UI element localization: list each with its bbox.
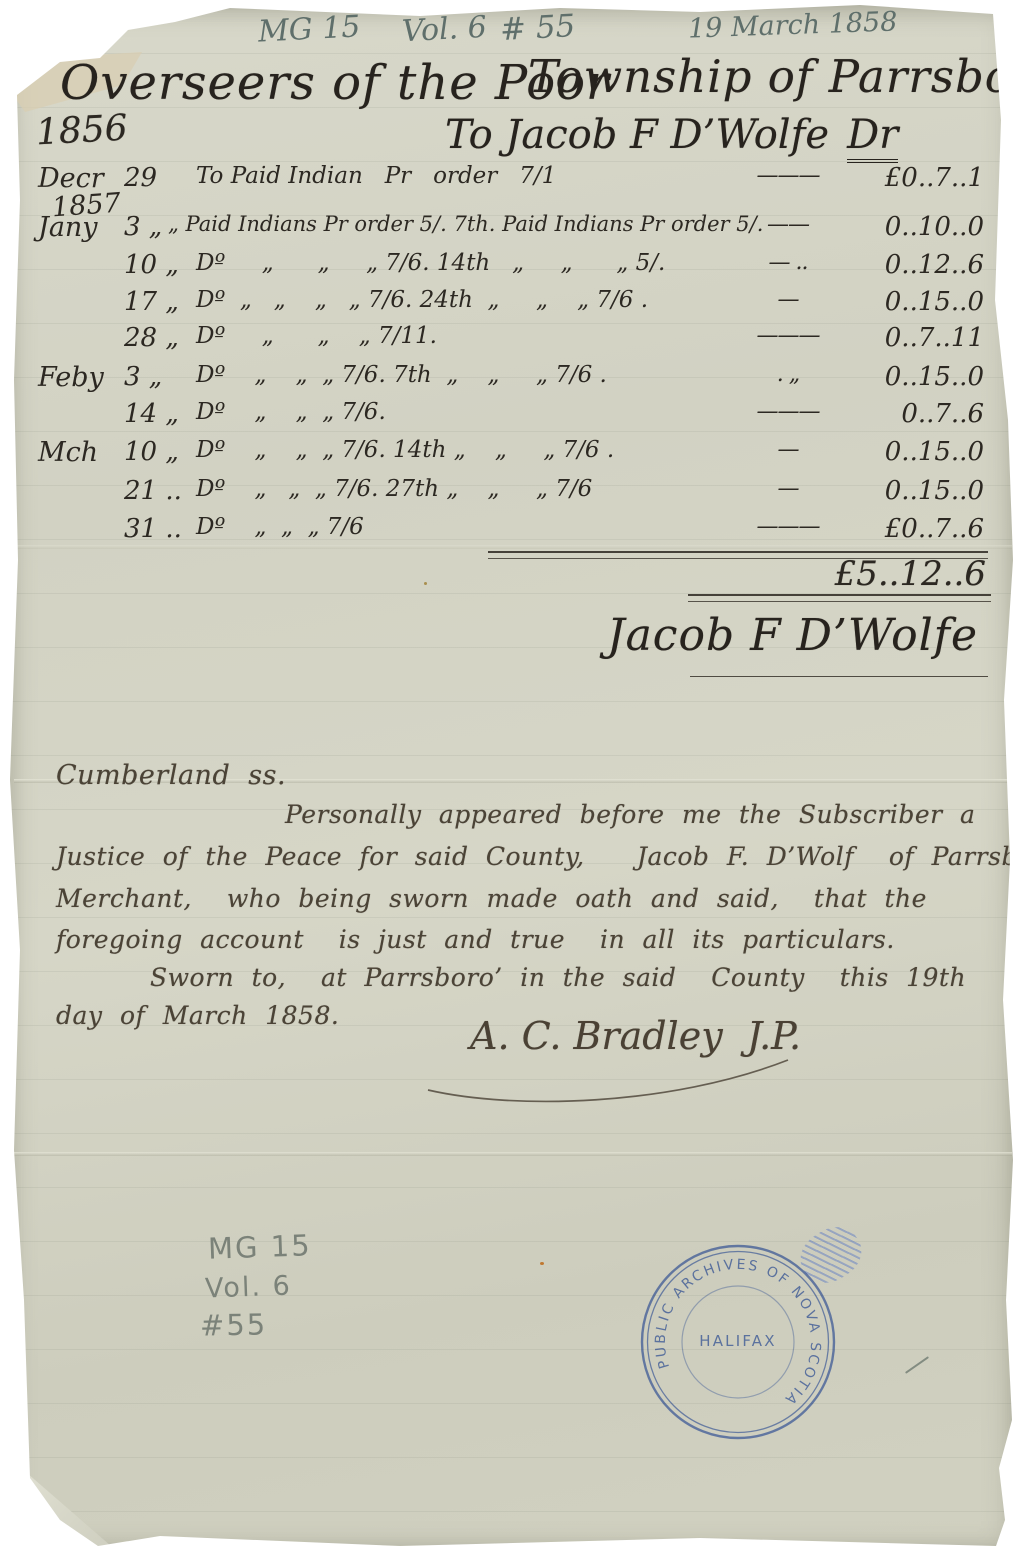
stray-pencil-mark	[905, 1356, 929, 1374]
row-amount: 0..15..0	[819, 476, 984, 506]
sworn-statement-line: Sworn to, at Parrsboro’ in the said Coun…	[150, 963, 966, 992]
account-row: 10 „ Dº „ „ „ 7/6. 14th „ „ „ 5/. — .. 0…	[0, 250, 1026, 288]
document-title-right: Township of Parrsboro	[528, 50, 1026, 103]
affidavit-line: foregoing account is just and true in al…	[56, 925, 895, 954]
scan-background: MG 15 Vol. 6 # 55 19 March 1858 Overseer…	[0, 0, 1026, 1559]
row-amount: 0..15..0	[819, 437, 984, 467]
row-day: 14 „	[124, 399, 179, 429]
affidavit-line: Justice of the Peace for said County, Ja…	[56, 842, 1026, 871]
affidavit-heading: Cumberland ss.	[56, 760, 286, 791]
row-day: 3 „	[124, 362, 162, 392]
row-amount: 0..10..0	[819, 212, 984, 242]
account-row: 17 „ Dº „ „ „ „ 7/6. 24th „ „ „ 7/6 . — …	[0, 287, 1026, 325]
pencil-mg-label: MG 15	[257, 9, 361, 49]
crease-line	[14, 1152, 1012, 1156]
row-day: 21 ..	[124, 476, 182, 506]
affidavit-line: Personally appeared before me the Subscr…	[285, 800, 975, 829]
account-row: 31 .. Dº „ „ „ 7/6 ——— £0..7..6	[0, 514, 1026, 552]
signature-flourish	[420, 1050, 800, 1112]
sworn-statement-line: day of March 1858.	[56, 1001, 339, 1030]
row-month: Mch	[38, 437, 98, 468]
row-amount: £0..7..6	[819, 514, 984, 544]
archive-ref-vol: Vol. 6	[204, 1270, 292, 1304]
debtor-name: To Jacob F D’Wolfe	[445, 112, 829, 158]
signature-underline	[690, 676, 988, 677]
account-row: Jany 3 „ „ Paid Indians Pr order 5/. 7th…	[0, 212, 1026, 250]
row-description: Dº „ „ „ 7/6. 14th „ „ „ 5/.	[196, 250, 665, 276]
row-day: 3 „	[124, 212, 162, 242]
archives-stamp: PUBLIC ARCHIVES OF NOVA SCOTIA HALIFAX	[638, 1242, 838, 1442]
row-description: Dº „ „ „ 7/6. 27th „ „ „ 7/6	[196, 476, 592, 502]
total-rule-below	[688, 594, 991, 602]
row-amount: 0..15..0	[819, 362, 984, 392]
wolfe-signature: Jacob F D’Wolfe	[607, 610, 978, 661]
paper-speck	[424, 582, 427, 585]
paper-speck	[540, 1262, 544, 1265]
row-day: 31 ..	[124, 514, 182, 544]
account-row: 28 „ Dº „ „ „ 7/11. ——— 0..7..11	[0, 323, 1026, 361]
folded-corner	[26, 1462, 111, 1546]
row-description: Dº „ „ „ 7/6.	[196, 399, 386, 425]
row-amount: 0..12..6	[819, 250, 984, 280]
debtor-header: To Jacob F D’WolfeDr	[445, 112, 898, 158]
archive-ref-num: #55	[200, 1307, 268, 1342]
affidavit-line: Merchant, who being sworn made oath and …	[56, 884, 927, 913]
row-day: 10 „	[124, 250, 179, 280]
account-row: Mch 10 „ Dº „ „ „ 7/6. 14th „ „ „ 7/6 . …	[0, 437, 1026, 475]
row-description: Dº „ „ „ 7/6	[196, 514, 364, 540]
row-description: „ Paid Indians Pr order 5/. 7th. Paid In…	[168, 212, 763, 236]
row-amount: 0..7..11	[819, 323, 984, 353]
row-month: Feby	[38, 362, 104, 393]
row-description: To Paid Indian Pr order 7/1	[196, 163, 556, 189]
row-day: 17 „	[124, 287, 179, 317]
document-paper: MG 15 Vol. 6 # 55 19 March 1858 Overseer…	[0, 0, 1026, 1559]
row-day: 10 „	[124, 437, 179, 467]
archive-ref-mg: MG 15	[207, 1228, 312, 1266]
row-description: Dº „ „ „ 7/11.	[196, 323, 437, 349]
account-row: 21 .. Dº „ „ „ 7/6. 27th „ „ „ 7/6 — 0..…	[0, 476, 1026, 514]
row-description: Dº „ „ „ „ 7/6. 24th „ „ „ 7/6 .	[196, 287, 648, 313]
row-month: Jany	[38, 212, 98, 243]
row-amount: 0..15..0	[819, 287, 984, 317]
row-description: Dº „ „ „ 7/6. 7th „ „ „ 7/6 .	[196, 362, 607, 388]
row-amount: 0..7..6	[819, 399, 984, 429]
row-amount: £0..7..1	[819, 163, 984, 193]
stamp-center-text: HALIFAX	[699, 1332, 777, 1350]
row-day: 28 „	[124, 323, 179, 353]
debtor-dr-abbrev: Dr	[847, 112, 898, 163]
account-year-1856: 1856	[35, 108, 129, 154]
row-day: 29	[124, 163, 157, 193]
row-description: Dº „ „ „ 7/6. 14th „ „ „ 7/6 .	[196, 437, 614, 463]
pencil-date-annotation: 19 March 1858	[688, 6, 898, 44]
account-row: Feby 3 „ Dº „ „ „ 7/6. 7th „ „ „ 7/6 . .…	[0, 362, 1026, 400]
pencil-num-label: # 55	[499, 8, 576, 48]
account-row: Decr 29 To Paid Indian Pr order 7/1 ——— …	[0, 163, 1026, 201]
total-amount: £5..12..6	[676, 554, 986, 594]
account-row: 14 „ Dº „ „ „ 7/6. ——— 0..7..6	[0, 399, 1026, 437]
pencil-vol-label: Vol. 6	[401, 10, 487, 49]
